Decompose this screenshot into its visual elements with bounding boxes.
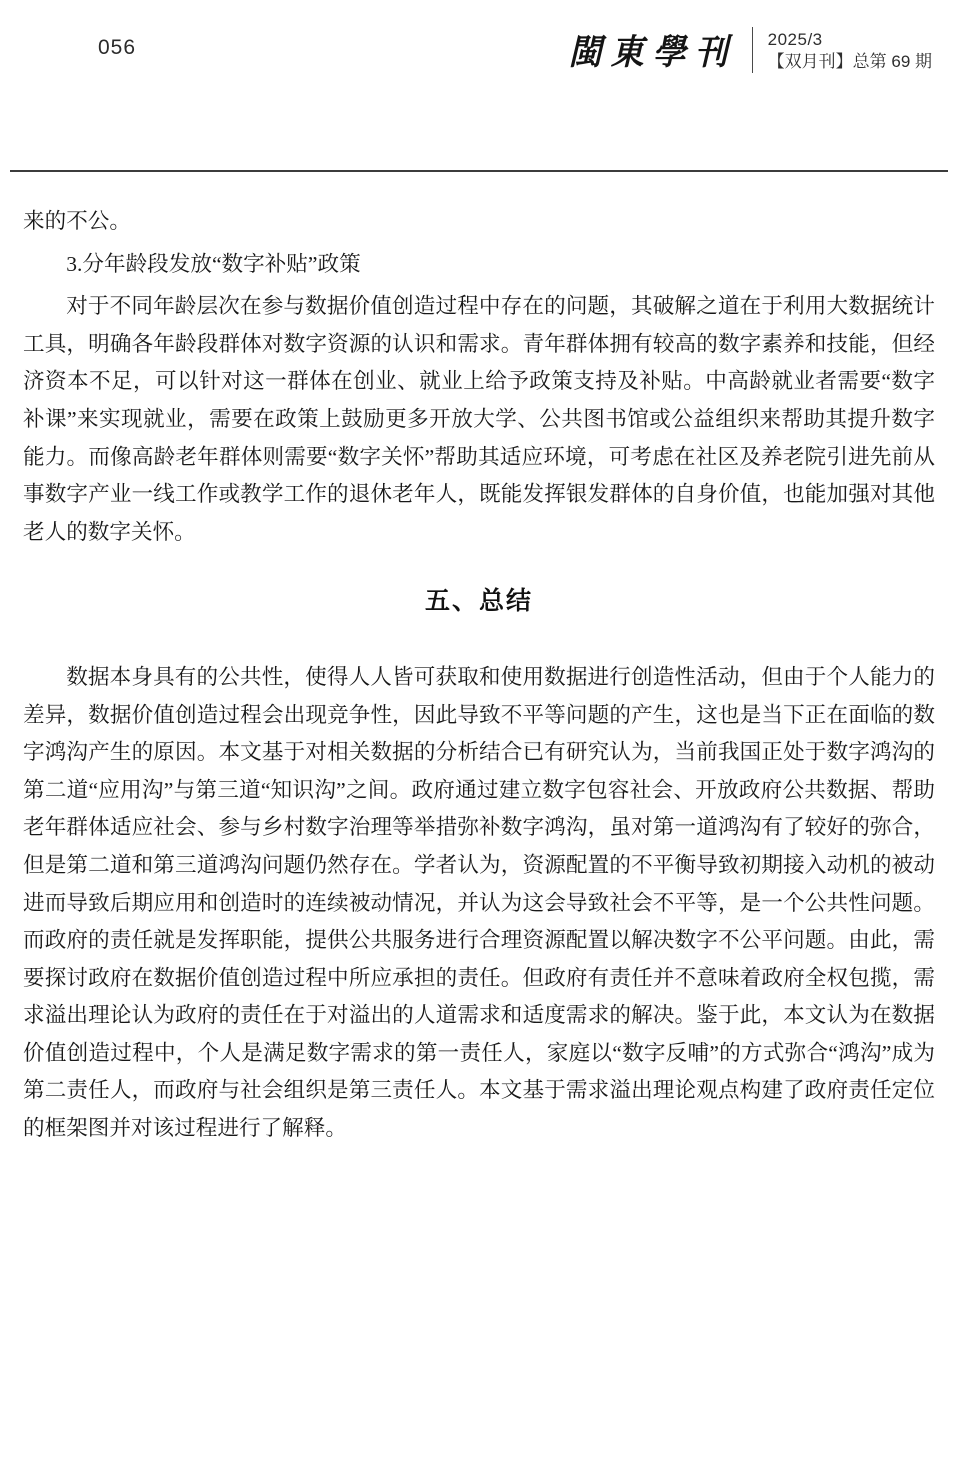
subsection-paragraph: 对于不同年龄层次在参与数据价值创造过程中存在的问题，其破解之道在于利用大数据统计… — [23, 288, 935, 551]
page-number: 056 — [98, 22, 136, 60]
journal-name-calligraphy: 閩東學刊 — [569, 25, 737, 75]
journal-page: 056 閩東學刊 2025/3 【双月刊】总第 69 期 来的不公。 3.分年龄… — [0, 0, 958, 1476]
issue-info: 2025/3 【双月刊】总第 69 期 — [768, 27, 932, 73]
issue-detail: 【双月刊】总第 69 期 — [768, 51, 932, 73]
continuation-line: 来的不公。 — [23, 203, 935, 241]
article-body: 来的不公。 3.分年龄段发放“数字补贴”政策 对于不同年龄层次在参与数据价值创造… — [23, 203, 935, 1148]
summary-paragraph: 数据本身具有的公共性，使得人人皆可获取和使用数据进行创造性活动，但由于个人能力的… — [23, 659, 935, 1148]
issue-number: 2025/3 — [768, 29, 932, 51]
subsection-heading: 3.分年龄段发放“数字补贴”政策 — [23, 246, 935, 284]
journal-masthead: 閩東學刊 2025/3 【双月刊】总第 69 期 — [569, 22, 932, 73]
section-heading: 五、总结 — [23, 583, 935, 621]
page-header: 056 閩東學刊 2025/3 【双月刊】总第 69 期 — [0, 22, 958, 104]
masthead-divider — [752, 27, 753, 73]
header-rule — [10, 170, 948, 172]
